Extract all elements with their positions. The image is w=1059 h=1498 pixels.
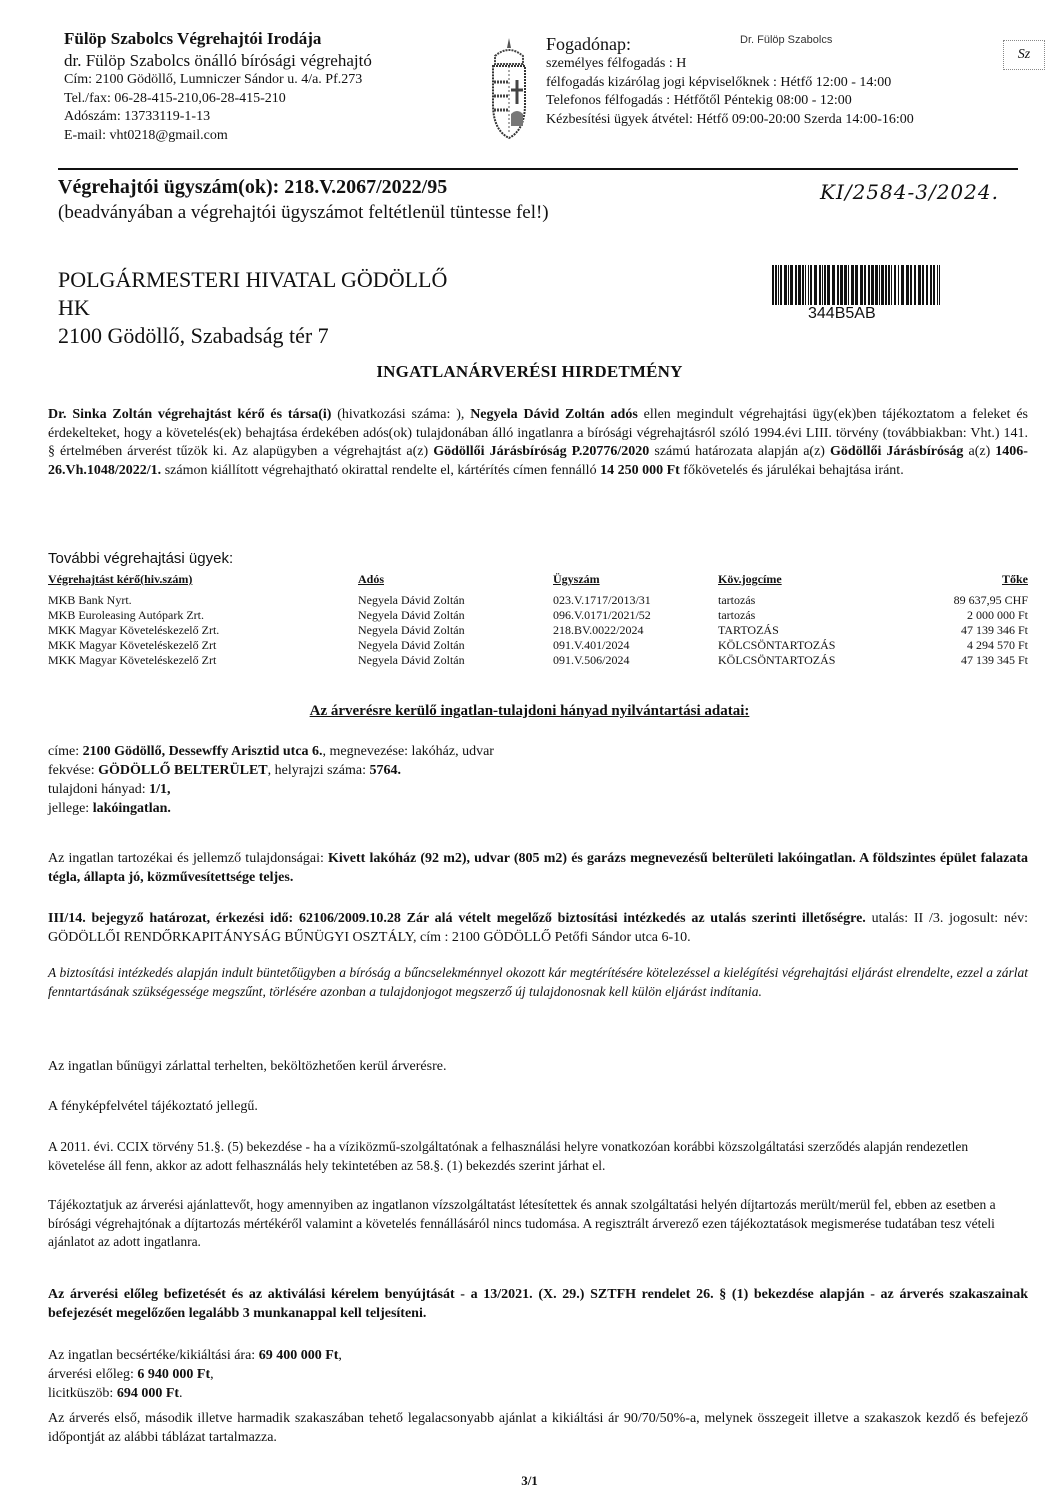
case-number-cell: 091.V.401/2024 (553, 638, 718, 653)
executor-name: dr. Fülöp Szabolcs önálló bírósági végre… (64, 50, 484, 71)
further-cases-title: További végrehajtási ügyek: (48, 550, 233, 567)
reception-hours: Fogadónap: személyes félfogadás : H félf… (546, 33, 1046, 129)
principal-amount: 14 250 000 Ft (600, 463, 680, 478)
water-law-note: A 2011. évi. CCIX törvény 51.§. (5) beke… (48, 1138, 1028, 1175)
estimate-line: Az ingatlan becsértéke/kikiáltási ára: 6… (48, 1346, 342, 1365)
property-data: címe: 2100 Gödöllő, Dessewffy Arisztid u… (48, 742, 494, 818)
case-number-note: (beadványában a végrehajtói ügyszámot fe… (58, 200, 549, 226)
property-type-line: jellege: lakóingatlan. (48, 799, 494, 818)
court-name: Gödöllői Járásbíróság (830, 444, 963, 459)
intro-paragraph: Dr. Sinka Zoltán végrehajtást kérő és tá… (48, 406, 1028, 480)
property-type: lakóingatlan. (93, 801, 171, 816)
creditor-cell: MKB Bank Nyrt. (48, 593, 358, 608)
coat-of-arms-icon (485, 34, 533, 144)
creditor-cell: MKK Magyar Követeléskezelő Zrt (48, 638, 358, 653)
principal-cell: 47 139 345 Ft (898, 653, 1028, 668)
col-debtor: Adós (358, 572, 553, 593)
issuer-email: E-mail: vht0218@gmail.com (64, 127, 484, 146)
intro-text: a(z) (963, 444, 995, 459)
legal-title-cell: tartozás (718, 593, 898, 608)
intro-text: számon kiállított végrehajtható okiratta… (161, 463, 600, 478)
issuer-tax-id: Adószám: 13733119-1-13 (64, 108, 484, 127)
deposit-line: árverési előleg: 6 940 000 Ft, (48, 1365, 342, 1384)
intro-text: számú határozata alapján a(z) (649, 444, 830, 459)
recipient-line2: HK (58, 294, 447, 322)
col-legal-title: Köv.jogcíme (718, 572, 898, 593)
court-decision: Gödöllői Járásbíróság P.20776/2020 (433, 444, 649, 459)
issuer-block: Fülöp Szabolcs Végrehajtói Irodája dr. F… (64, 28, 484, 145)
property-heading: Az árverésre kerülő ingatlan-tulajdoni h… (0, 703, 1059, 720)
label: tulajdoni hányad: (48, 782, 149, 797)
legal-title-cell: TARTOZÁS (718, 623, 898, 638)
table-row: MKB Euroleasing Autópark Zrt.Negyela Dáv… (48, 608, 1028, 623)
label: címe: (48, 744, 83, 759)
creditor-cell: MKK Magyar Követeléskezelő Zrt (48, 653, 358, 668)
creditor-cell: MKB Euroleasing Autópark Zrt. (48, 608, 358, 623)
principal-cell: 4 294 570 Ft (898, 638, 1028, 653)
label: Az ingatlan tartozékai és jellemző tulaj… (48, 851, 328, 866)
recipient-address: 2100 Gödöllő, Szabadság tér 7 (58, 322, 447, 350)
issuer-phone: Tel./fax: 06-28-415-210,06-28-415-210 (64, 90, 484, 109)
legal-title-cell: KÖLCSÖNTARTOZÁS (718, 653, 898, 668)
price-block: Az ingatlan becsértéke/kikiáltási ára: 6… (48, 1346, 342, 1403)
debtor-cell: Negyela Dávid Zoltán (358, 608, 553, 623)
recipient-block: POLGÁRMESTERI HIVATAL GÖDÖLLŐ HK 2100 Gö… (58, 266, 447, 350)
reception-line: Kézbesítési ügyek átvétel: Hétfő 09:00-2… (546, 111, 1046, 130)
creditor-cell: MKK Magyar Követeléskezelő Zrt. (48, 623, 358, 638)
debtor-cell: Negyela Dávid Zoltán (358, 653, 553, 668)
property-share-line: tulajdoni hányad: 1/1, (48, 780, 494, 799)
creditor: Dr. Sinka Zoltán végrehajtást kérő és tá… (48, 407, 331, 422)
case-number-cell: 023.V.1717/2013/31 (553, 593, 718, 608)
header-divider (58, 168, 1018, 170)
table-row: MKK Magyar Követeléskezelő ZrtNegyela Dá… (48, 653, 1028, 668)
table-row: MKB Bank Nyrt.Negyela Dávid Zoltán023.V.… (48, 593, 1028, 608)
debtor-cell: Negyela Dávid Zoltán (358, 638, 553, 653)
bidder-info-note: Tájékoztatjuk az árverési ajánlattevőt, … (48, 1196, 1028, 1252)
property-designation: , megnevezése: lakóház, udvar (323, 744, 494, 759)
legal-title-cell: tartozás (718, 608, 898, 623)
barcode-icon (772, 265, 942, 305)
label: fekvése: (48, 763, 98, 778)
table-row: MKK Magyar Követeléskezelő Zrt.Negyela D… (48, 623, 1028, 638)
col-principal: Tőke (898, 572, 1028, 593)
label: , helyrajzi száma: (268, 763, 370, 778)
further-cases-table: Végrehajtást kérő(hiv.szám) Adós Ügyszám… (48, 572, 1028, 668)
case-number: Végrehajtói ügyszám(ok): 218.V.2067/2022… (58, 174, 549, 200)
principal-cell: 2 000 000 Ft (898, 608, 1028, 623)
lot-number: 5764. (369, 763, 401, 778)
property-address: 2100 Gödöllő, Dessewffy Arisztid utca 6. (83, 744, 323, 759)
principal-cell: 47 139 346 Ft (898, 623, 1028, 638)
label: Az ingatlan becsértéke/kikiáltási ára: (48, 1348, 259, 1363)
signature-mark: Sz (1003, 40, 1045, 70)
recipient-name: POLGÁRMESTERI HIVATAL GÖDÖLLŐ (58, 266, 447, 294)
intro-text: főkövetelés és járulékai behajtása iránt… (680, 463, 904, 478)
bid-step-value: 694 000 Ft (117, 1386, 179, 1401)
page-number: 3/1 (0, 1473, 1059, 1489)
case-number-cell: 096.V.0171/2021/52 (553, 608, 718, 623)
stages-paragraph: Az árverés első, második illetve harmadi… (48, 1410, 1028, 1447)
bid-step-line: licitküszöb: 694 000 Ft. (48, 1384, 342, 1403)
reception-line: félfogadás kizárólag jogi képviselőknek … (546, 74, 1046, 93)
property-address-line: címe: 2100 Gödöllő, Dessewffy Arisztid u… (48, 742, 494, 761)
office-name: Fülöp Szabolcs Végrehajtói Irodája (64, 28, 484, 50)
encumbrance-entry: III/14. bejegyző határozat, érkezési idő… (48, 911, 866, 926)
reception-line: személyes félfogadás : H (546, 55, 1046, 74)
table-row: MKK Magyar Követeléskezelő ZrtNegyela Dá… (48, 638, 1028, 653)
features-paragraph: Az ingatlan tartozékai és jellemző tulaj… (48, 850, 1028, 887)
col-case-number: Ügyszám (553, 572, 718, 593)
debtor-cell: Negyela Dávid Zoltán (358, 623, 553, 638)
deposit-rule: Az árverési előleg befizetését és az akt… (48, 1286, 1028, 1323)
case-number-block: Végrehajtói ügyszám(ok): 218.V.2067/2022… (58, 174, 549, 226)
debtor-cell: Negyela Dávid Zoltán (358, 593, 553, 608)
legal-title-cell: KÖLCSÖNTARTOZÁS (718, 638, 898, 653)
handwritten-reference: KI/2584-3/2024. (820, 180, 999, 204)
debtor: Negyela Dávid Zoltán adós (470, 407, 638, 422)
estimate-value: 69 400 000 Ft (259, 1348, 339, 1363)
document-title: INGATLANÁRVERÉSI HIRDETMÉNY (0, 362, 1059, 382)
label: jellege: (48, 801, 93, 816)
issuer-address: Cím: 2100 Gödöllő, Lumniczer Sándor u. 4… (64, 71, 484, 90)
principal-cell: 89 637,95 CHF (898, 593, 1028, 608)
property-location: GÖDÖLLŐ BELTERÜLET (98, 763, 267, 778)
case-number-cell: 218.BV.0022/2024 (553, 623, 718, 638)
col-creditor: Végrehajtást kérő(hiv.szám) (48, 572, 358, 593)
seizure-note: Az ingatlan bűnügyi zárlattal terhelten,… (48, 1058, 1028, 1077)
case-number-cell: 091.V.506/2024 (553, 653, 718, 668)
ownership-share: 1/1, (149, 782, 170, 797)
deposit-value: 6 940 000 Ft (137, 1367, 210, 1382)
label: árverési előleg: (48, 1367, 137, 1382)
encumbrance-note: A biztosítási intézkedés alapján indult … (48, 964, 1028, 1001)
stamp-text: Dr. Fülöp Szabolcs (740, 34, 832, 46)
barcode-label: 344B5AB (808, 305, 876, 323)
reference-text: (hivatkozási száma: ), (331, 407, 470, 422)
reception-line: Telefonos félfogadás : Hétfőtől Péntekig… (546, 92, 1046, 111)
photo-note: A fényképfelvétel tájékoztató jellegű. (48, 1098, 1028, 1117)
encumbrance-paragraph: III/14. bejegyző határozat, érkezési idő… (48, 910, 1028, 947)
property-location-line: fekvése: GÖDÖLLŐ BELTERÜLET, helyrajzi s… (48, 761, 494, 780)
label: licitküszöb: (48, 1386, 117, 1401)
